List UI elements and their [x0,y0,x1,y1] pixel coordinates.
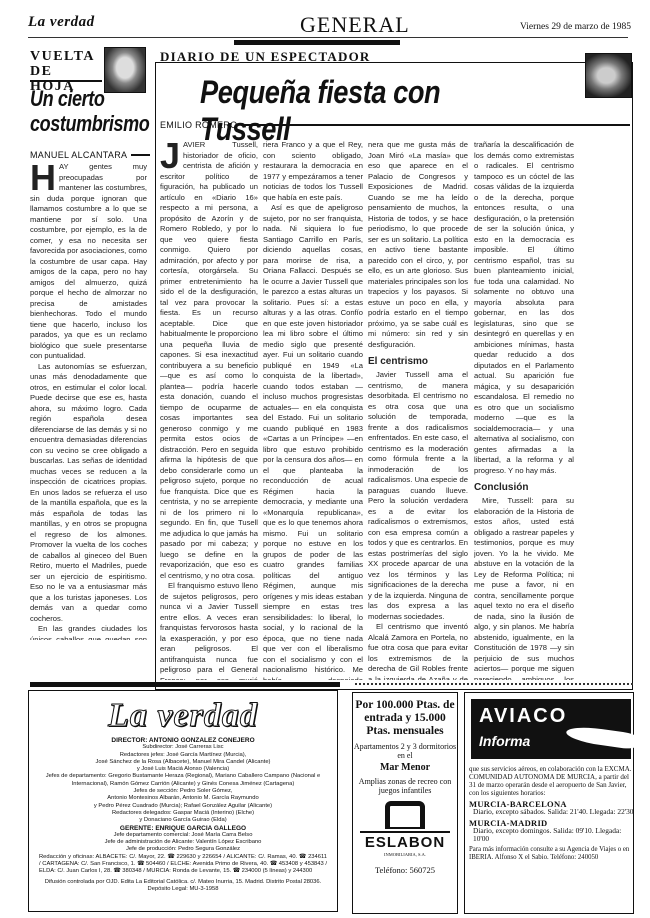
byline-rule [241,124,630,126]
article-column-2: riera Franco y a que el Rey, con sciento… [263,140,363,680]
airplane-icon [565,724,637,750]
column-headline: Un cierto costumbrismo [30,86,128,136]
byline-rule [131,154,150,156]
credit-line: Jefes de sección: Pedro Soler Gómez, [39,788,327,795]
credit-line: Jefe de administración de Alicante: Vale… [39,839,327,846]
section-rule [234,40,400,45]
article-column-3: nera que me gusta más de Joan Miró «La m… [368,140,468,680]
paragraph: nera que me gusta más de Joan Miró «La m… [368,140,468,350]
paragraph: Las autonomías se esfuerzan, unas más de… [30,362,147,625]
logo-bar [360,831,450,833]
dateline: Viernes 29 de marzo de 1985 [520,22,631,32]
ad-brand-sub: INMOBILIARIA, S.A. [353,852,457,857]
column-byline: MANUEL ALCANTARA [30,150,150,160]
article-headline: Pequeña fiesta con Tussell [200,74,523,148]
route-schedule: Diario, excepto domingos. Salida: 09'10.… [469,827,634,843]
ad-phone: Teléfono: 560725 [353,865,457,875]
credit-line: Antonio Montesinos Albarán, Antonio M. G… [39,795,327,802]
credit-line: Difusión controlada por OJD. Edita La Ed… [39,879,327,894]
credit-line: Subdirector: José Carreras Lisc [39,744,327,751]
route-schedule: Diario, excepto sábados. Salida: 21'40. … [469,808,634,816]
ad-text: Apartamentos 2 y 3 dormitorios en el [353,742,457,760]
paragraph: El centrismo que inventó Alcalá Zamora e… [368,622,468,680]
ad-brand: ESLABON [353,834,457,851]
newspaper-logo: La verdad [28,14,95,31]
paragraph: Así es que de apeligroso sujeto, por no … [263,203,363,680]
aviaco-text: que sus servicios aéreos, en colaboració… [469,765,634,862]
article-byline: EMILIO ROMERO [160,120,630,130]
column-body: HAY gentes muy preocupadas por mantener … [30,162,147,640]
ad-text: Amplias zonas de recreo con juegos infan… [353,777,457,795]
paragraph: En las grandes ciudades los únicos cabal… [30,624,147,640]
credit-line: Redacción y oficinas: ALBACETE: C/. Mayo… [39,854,327,876]
dropcap: J [160,141,180,171]
paragraph: riera Franco y a que el Rey, con sciento… [263,140,363,203]
imprint-credits: DIRECTOR: ANTONIO GONZALEZ CONEJERO Subd… [29,737,337,893]
paragraph: trañaría la descalificación de los demás… [474,140,574,476]
aviaco-intro: que sus servicios aéreos, en colaboració… [469,765,634,797]
credit-line: DIRECTOR: ANTONIO GONZALEZ CONEJERO [39,737,327,744]
imprint-box: La verdad DIRECTOR: ANTONIO GONZALEZ CON… [28,690,338,912]
aviaco-banner: AVIACO Informa [471,699,631,759]
credit-line: GERENTE: ENRIQUE GARCIA GALLEGO [39,825,327,832]
paragraph: AVIER Tussell, historiador de oficio, ce… [160,140,258,580]
credit-line: y Pedro Pérez Cuadrado (Murcia); Rafael … [39,803,327,810]
ad-location: Mar Menor [353,762,457,773]
credit-line: Jefe departamento comercial: José María … [39,832,327,839]
dropcap: H [30,163,56,193]
subhead: Conclusión [474,480,574,496]
subhead: El centrismo [368,354,468,370]
section-title: GENERAL [300,12,410,38]
aviaco-brand: AVIACO [479,705,567,728]
dotted-divider [355,683,633,685]
article-column-1: JAVIER Tussell, historiador de oficio, c… [160,140,258,680]
paragraph: El franquismo estuvo lleno de sujetos pe… [160,581,258,680]
credit-line: Jefes de departamento: Gregorio Bustaman… [39,773,327,788]
paragraph: Javier Tussell ama el centrismo, de mane… [368,370,468,622]
aviaco-footer: Para más información consulte a su Agenc… [469,846,634,862]
byline-text: MANUEL ALCANTARA [30,150,127,160]
credit-line: Jefe de producción: Pedro Segura Gonzále… [39,846,327,853]
credit-line: Redactores delegados: Gaspar Maciá (Inte… [39,810,327,817]
credit-line: y José Luis Maciá Alonso (Valencia) [39,766,327,773]
aviaco-ad: AVIACO Informa que sus servicios aéreos,… [464,692,634,914]
credit-line: José Sánchez de la Rosa (Albacete), Manu… [39,759,327,766]
ad-headline: Por 100.000 Ptas. de entrada y 15.000 Pt… [353,699,457,738]
aviaco-tagline: Informa [479,733,530,749]
imprint-logo: La verdad [29,697,337,735]
byline-text: EMILIO ROMERO [160,120,237,130]
divider-rule [30,682,340,687]
eslabon-ad: Por 100.000 Ptas. de entrada y 15.000 Pt… [352,692,458,914]
credit-line: Redactores jefes: José García Martínez (… [39,752,327,759]
eslabon-logo-icon [385,801,425,829]
paragraph: Mire, Tussell: para su elaboración de la… [474,496,574,680]
author-photo [585,53,632,98]
credit-line: y Donaciano García Guirao (Elda) [39,817,327,824]
article-column-4: trañaría la descalificación de los demás… [474,140,574,680]
masthead-rule [28,37,628,38]
kicker-rule [30,80,102,82]
